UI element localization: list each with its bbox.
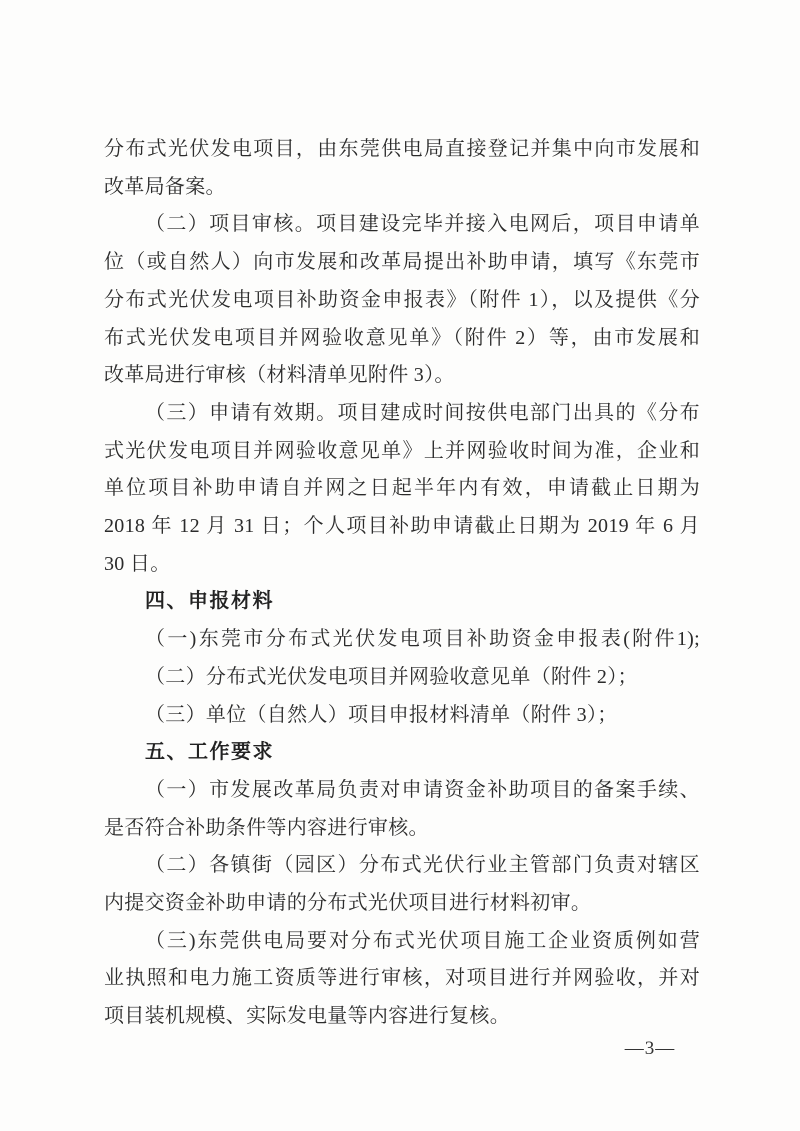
text-line: 业执照和电力施工资质等进行审核，对项目进行并网验收，并对 (104, 960, 700, 998)
text-line: （一)东莞市分布式光伏发电项目补助资金申报表(附件1); (104, 621, 700, 659)
document-page: 分布式光伏发电项目，由东莞供电局直接登记并集中向市发展和 改革局备案。 （二）项… (0, 0, 800, 1131)
text-line: 单位项目补助申请自并网之日起半年内有效，申请截止日期为 (104, 470, 700, 508)
text-line: 改革局进行审核（材料清单见附件 3）。 (104, 357, 700, 395)
text-line: 布式光伏发电项目并网验收意见单》（附件 2）等，由市发展和 (104, 320, 700, 358)
text-line: （二）各镇街（园区）分布式光伏行业主管部门负责对辖区 (104, 847, 700, 885)
document-text-block: 分布式光伏发电项目，由东莞供电局直接登记并集中向市发展和 改革局备案。 （二）项… (104, 131, 700, 1036)
text-line: 内提交资金补助申请的分布式光伏项目进行材料初审。 (104, 885, 700, 923)
text-line: 项目装机规模、实际发电量等内容进行复核。 (104, 998, 700, 1036)
text-line: （一）市发展改革局负责对申请资金补助项目的备案手续、 (104, 772, 700, 810)
text-line: （三)东莞供电局要对分布式光伏项目施工企业资质例如营 (104, 923, 700, 961)
text-line: 分布式光伏发电项目补助资金申报表》（附件 1），以及提供《分 (104, 282, 700, 320)
text-line: 是否符合补助条件等内容进行审核。 (104, 810, 700, 848)
text-line: （三）单位（自然人）项目申报材料清单（附件 3）； (104, 697, 700, 735)
text-line: （二）分布式光伏发电项目并网验收意见单（附件 2）； (104, 659, 700, 697)
text-line: 式光伏发电项目并网验收意见单》上并网验收时间为准，企业和 (104, 433, 700, 471)
text-line: 分布式光伏发电项目，由东莞供电局直接登记并集中向市发展和 (104, 131, 700, 169)
text-line: 30 日。 (104, 546, 700, 584)
text-line: （三）申请有效期。项目建成时间按供电部门出具的《分布 (104, 395, 700, 433)
text-line: （二）项目审核。项目建设完毕并接入电网后，项目申请单 (104, 206, 700, 244)
text-line: 位（或自然人）向市发展和改革局提出补助申请，填写《东莞市 (104, 244, 700, 282)
page-number: —3— (598, 1038, 702, 1060)
section-heading: 五、工作要求 (104, 734, 700, 772)
section-heading: 四、申报材料 (104, 583, 700, 621)
text-line: 改革局备案。 (104, 169, 700, 207)
text-line: 2018 年 12 月 31 日；个人项目补助申请截止日期为 2019 年 6 … (104, 508, 700, 546)
